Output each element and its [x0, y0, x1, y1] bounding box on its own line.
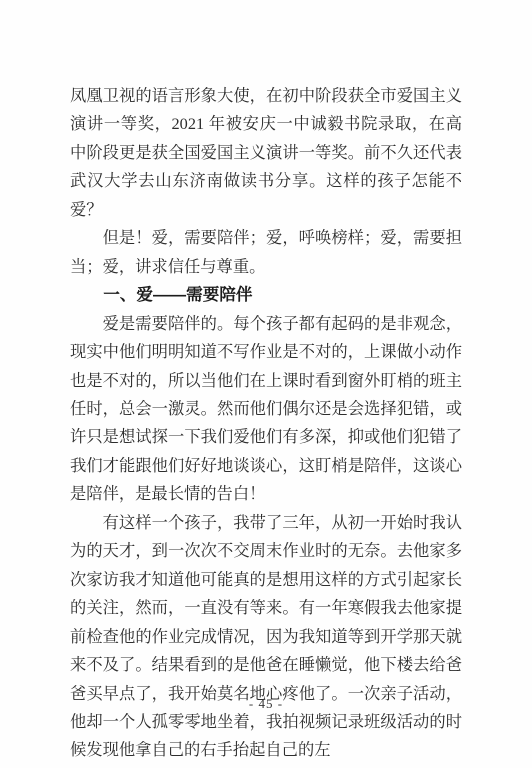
paragraph-love-needs: 但是！爱，需要陪伴；爱，呼唤榜样；爱，需要担当；爱，讲求信任与尊重。: [70, 224, 462, 281]
paragraph-intro-continuation: 凤凰卫视的语言形象大使，在初中阶段获全市爱国主义演讲一等奖，2021 年被安庆一…: [70, 82, 462, 224]
paragraph-student-story: 有这样一个孩子，我带了三年，从初一开始时我认为的天才，到一次次不交周末作业时的无…: [70, 509, 462, 765]
section-heading-love-needs-company: 一、爱——需要陪伴: [70, 281, 462, 309]
page-body: 凤凰卫视的语言形象大使，在初中阶段获全市爱国主义演讲一等奖，2021 年被安庆一…: [70, 82, 462, 765]
page-number: - 45 -: [0, 696, 532, 712]
document-page: 凤凰卫视的语言形象大使，在初中阶段获全市爱国主义演讲一等奖，2021 年被安庆一…: [0, 0, 532, 768]
paragraph-company-explanation: 爱是需要陪伴的。每个孩子都有起码的是非观念，现实中他们明明知道不写作业是不对的，…: [70, 310, 462, 509]
